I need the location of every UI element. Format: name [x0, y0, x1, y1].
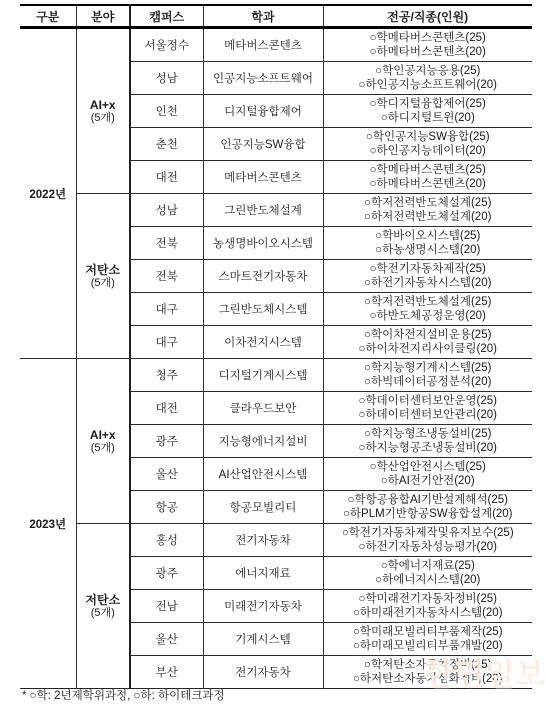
- majors-cell: ○학저탄소자동차정비(25) ○하저탄소자동차심화정비(20): [323, 656, 532, 689]
- field-name: AI+x: [79, 428, 128, 442]
- majors-cell: ○학바이오시스템(25) ○하농생명시스템(20): [323, 227, 532, 260]
- majors-cell: ○학메타버스콘텐츠(25) ○하메타버스콘텐츠(20): [323, 161, 532, 194]
- dept-cell: 메타버스콘텐츠: [203, 28, 323, 62]
- major-line: ○하저전력반도체설계(20): [326, 210, 531, 224]
- field-cell: AI+x (5개): [76, 359, 130, 524]
- major-line: ○하미래모빌리티부품개발(20): [326, 639, 531, 653]
- dept-cell: 농생명바이오시스템: [203, 227, 323, 260]
- page: 구분 분야 캠퍼스 학과 전공/직종(인원) 2022년 AI+x (5개) 서…: [0, 0, 546, 713]
- major-line: ○학저전력반도체설계(25): [326, 295, 531, 309]
- dept-cell: 메타버스콘텐츠: [203, 161, 323, 194]
- table-header: 구분 분야 캠퍼스 학과 전공/직종(인원): [20, 5, 532, 28]
- campus-cell: 성남: [130, 62, 203, 95]
- majors-cell: ○학전기자동차제작및유지보수(25) ○하전기자동차성능평가(20): [323, 524, 532, 557]
- major-line: ○하메타버스콘텐츠(20): [326, 45, 531, 59]
- dept-cell: 디지털융합제어: [203, 95, 323, 128]
- col-header-dept: 학과: [203, 5, 323, 28]
- dept-cell: 에너지재료: [203, 557, 323, 590]
- campus-cell: 광주: [130, 425, 203, 458]
- campus-cell: 울산: [130, 623, 203, 656]
- campus-cell: 춘천: [130, 128, 203, 161]
- majors-cell: ○학지능형조냉동설비(25) ○하지능형공조냉동설비(20): [323, 425, 532, 458]
- footnote: * ○학: 2년제학위과정, ○하: 하이테크과정: [22, 687, 225, 703]
- field-count: (5개): [79, 442, 128, 455]
- major-line: ○하AI전기안전(20): [326, 474, 531, 488]
- field-name: 저탄소: [79, 263, 128, 277]
- campus-cell: 광주: [130, 557, 203, 590]
- col-header-gubun: 구분: [20, 5, 76, 28]
- major-line: ○하농생명시스템(20): [326, 243, 531, 257]
- major-line: ○학저전력반도체설계(25): [326, 196, 531, 210]
- field-cell: 저탄소 (5개): [76, 524, 130, 689]
- majors-cell: ○학인공지능SW융합(25) ○하인공지능데이터(20): [323, 128, 532, 161]
- majors-cell: ○학저전력반도체설계(25) ○하저전력반도체설계(20): [323, 194, 532, 227]
- table-row: 2022년 AI+x (5개) 서울정수 메타버스콘텐츠 ○학메타버스콘텐츠(2…: [20, 28, 532, 62]
- major-line: ○학전기자동차제작(25): [326, 262, 531, 276]
- campus-cell: 대전: [130, 161, 203, 194]
- campus-cell: 울산: [130, 458, 203, 491]
- majors-cell: ○학항공융합AI기반설계해석(25) ○하PLM기반항공SW융합설계(20): [323, 491, 532, 524]
- campus-cell: 부산: [130, 656, 203, 689]
- major-line: ○하미래전기자동차시스템(20): [326, 606, 531, 620]
- campus-cell: 청주: [130, 359, 203, 392]
- field-name: 저탄소: [79, 593, 128, 607]
- major-line: ○학지능형조냉동설비(25): [326, 427, 531, 441]
- major-line: ○학에너지재료(25): [326, 559, 531, 573]
- majors-cell: ○학에너지재료(25) ○하에너지시스템(20): [323, 557, 532, 590]
- major-line: ○학전기자동차제작및유지보수(25): [326, 526, 531, 540]
- dept-cell: 디지털기계시스템: [203, 359, 323, 392]
- major-line: ○학이차전지설비운용(25): [326, 328, 531, 342]
- major-line: ○하전기자동차시스템(20): [326, 276, 531, 290]
- dept-cell: 전기자동차: [203, 524, 323, 557]
- campus-cell: 전북: [130, 227, 203, 260]
- year-cell: 2022년: [20, 28, 76, 359]
- campus-cell: 서울정수: [130, 28, 203, 62]
- majors-cell: ○학전기자동차제작(25) ○하전기자동차시스템(20): [323, 260, 532, 293]
- field-count: (5개): [79, 112, 128, 125]
- major-line: ○학인공지능SW융합(25): [326, 130, 531, 144]
- campus-cell: 대전: [130, 392, 203, 425]
- majors-cell: ○학데이터센터보안운영(25) ○하데이터센터보안관리(20): [323, 392, 532, 425]
- campus-cell: 대구: [130, 293, 203, 326]
- field-name: AI+x: [79, 98, 128, 112]
- campus-cell: 전북: [130, 260, 203, 293]
- campus-cell: 대구: [130, 326, 203, 359]
- major-line: ○하반도체공정운영(20): [326, 309, 531, 323]
- dept-cell: AI산업안전시스템: [203, 458, 323, 491]
- major-line: ○하전기자동차성능평가(20): [326, 540, 531, 554]
- campus-cell: 홍성: [130, 524, 203, 557]
- dept-cell: 미래전기자동차: [203, 590, 323, 623]
- dept-cell: 인공지능소프트웨어: [203, 62, 323, 95]
- majors-cell: ○학미래전기자동차정비(25) ○하미래전기자동차시스템(20): [323, 590, 532, 623]
- majors-cell: ○학산업안전시스템(25) ○하AI전기안전(20): [323, 458, 532, 491]
- majors-cell: ○학저전력반도체설계(25) ○하반도체공정운영(20): [323, 293, 532, 326]
- major-line: ○학미래전기자동차정비(25): [326, 592, 531, 606]
- major-line: ○학인공지능응용(25): [326, 64, 531, 78]
- campus-cell: 인천: [130, 95, 203, 128]
- campus-cell: 항공: [130, 491, 203, 524]
- major-line: ○학데이터센터보안운영(25): [326, 394, 531, 408]
- col-header-campus: 캠퍼스: [130, 5, 203, 28]
- major-line: ○하인공지능데이터(20): [326, 144, 531, 158]
- dept-cell: 이차전지시스템: [203, 326, 323, 359]
- major-line: ○하빅데이터공정분석(20): [326, 375, 531, 389]
- major-line: ○하메타버스콘텐츠(20): [326, 177, 531, 191]
- field-cell: AI+x (5개): [76, 28, 130, 194]
- major-line: ○학메타버스콘텐츠(25): [326, 31, 531, 45]
- field-cell: 저탄소 (5개): [76, 194, 130, 359]
- dept-cell: 스마트전기자동차: [203, 260, 323, 293]
- major-line: ○학지능형기계시스템(25): [326, 361, 531, 375]
- table-row: 저탄소 (5개) 홍성 전기자동차 ○학전기자동차제작및유지보수(25) ○하전…: [20, 524, 532, 557]
- major-line: ○학바이오시스템(25): [326, 229, 531, 243]
- majors-cell: ○학지능형기계시스템(25) ○하빅데이터공정분석(20): [323, 359, 532, 392]
- majors-cell: ○학미래모빌리티부품제작(25) ○하미래모빌리티부품개발(20): [323, 623, 532, 656]
- major-line: ○학메타버스콘텐츠(25): [326, 163, 531, 177]
- major-line: ○하PLM기반항공SW융합설계(20): [326, 507, 531, 521]
- program-table: 구분 분야 캠퍼스 학과 전공/직종(인원) 2022년 AI+x (5개) 서…: [20, 4, 532, 689]
- major-line: ○하디지털트윈(20): [326, 111, 531, 125]
- major-line: ○학항공융합AI기반설계해석(25): [326, 493, 531, 507]
- majors-cell: ○학메타버스콘텐츠(25) ○하메타버스콘텐츠(20): [323, 28, 532, 62]
- major-line: ○하저탄소자동차심화정비(20): [326, 672, 531, 686]
- campus-cell: 성남: [130, 194, 203, 227]
- year-cell: 2023년: [20, 359, 76, 689]
- major-line: ○하에너지시스템(20): [326, 573, 531, 587]
- major-line: ○학산업안전시스템(25): [326, 460, 531, 474]
- dept-cell: 그린반도체시스템: [203, 293, 323, 326]
- major-line: ○하이차전지리사이클링(20): [326, 342, 531, 356]
- major-line: ○학디지털융합제어(25): [326, 97, 531, 111]
- dept-cell: 그린반도체설계: [203, 194, 323, 227]
- major-line: ○학저탄소자동차정비(25): [326, 658, 531, 672]
- dept-cell: 항공모빌리티: [203, 491, 323, 524]
- major-line: ○하데이터센터보안관리(20): [326, 408, 531, 422]
- major-line: ○학미래모빌리티부품제작(25): [326, 625, 531, 639]
- dept-cell: 전기자동차: [203, 656, 323, 689]
- campus-cell: 전남: [130, 590, 203, 623]
- majors-cell: ○학인공지능응용(25) ○하인공지능소프트웨어(20): [323, 62, 532, 95]
- dept-cell: 클라우드보안: [203, 392, 323, 425]
- col-header-majors: 전공/직종(인원): [323, 5, 532, 28]
- major-line: ○하인공지능소프트웨어(20): [326, 78, 531, 92]
- majors-cell: ○학디지털융합제어(25) ○하디지털트윈(20): [323, 95, 532, 128]
- field-count: (5개): [79, 607, 128, 620]
- field-count: (5개): [79, 277, 128, 290]
- majors-cell: ○학이차전지설비운용(25) ○하이차전지리사이클링(20): [323, 326, 532, 359]
- dept-cell: 인공지능SW융합: [203, 128, 323, 161]
- dept-cell: 지능형에너지설비: [203, 425, 323, 458]
- table-row: 저탄소 (5개) 성남 그린반도체설계 ○학저전력반도체설계(25) ○하저전력…: [20, 194, 532, 227]
- header-row: 구분 분야 캠퍼스 학과 전공/직종(인원): [20, 5, 532, 28]
- dept-cell: 기계시스템: [203, 623, 323, 656]
- table-row: 2023년 AI+x (5개) 청주 디지털기계시스템 ○학지능형기계시스템(2…: [20, 359, 532, 392]
- major-line: ○하지능형공조냉동설비(20): [326, 441, 531, 455]
- col-header-field: 분야: [76, 5, 130, 28]
